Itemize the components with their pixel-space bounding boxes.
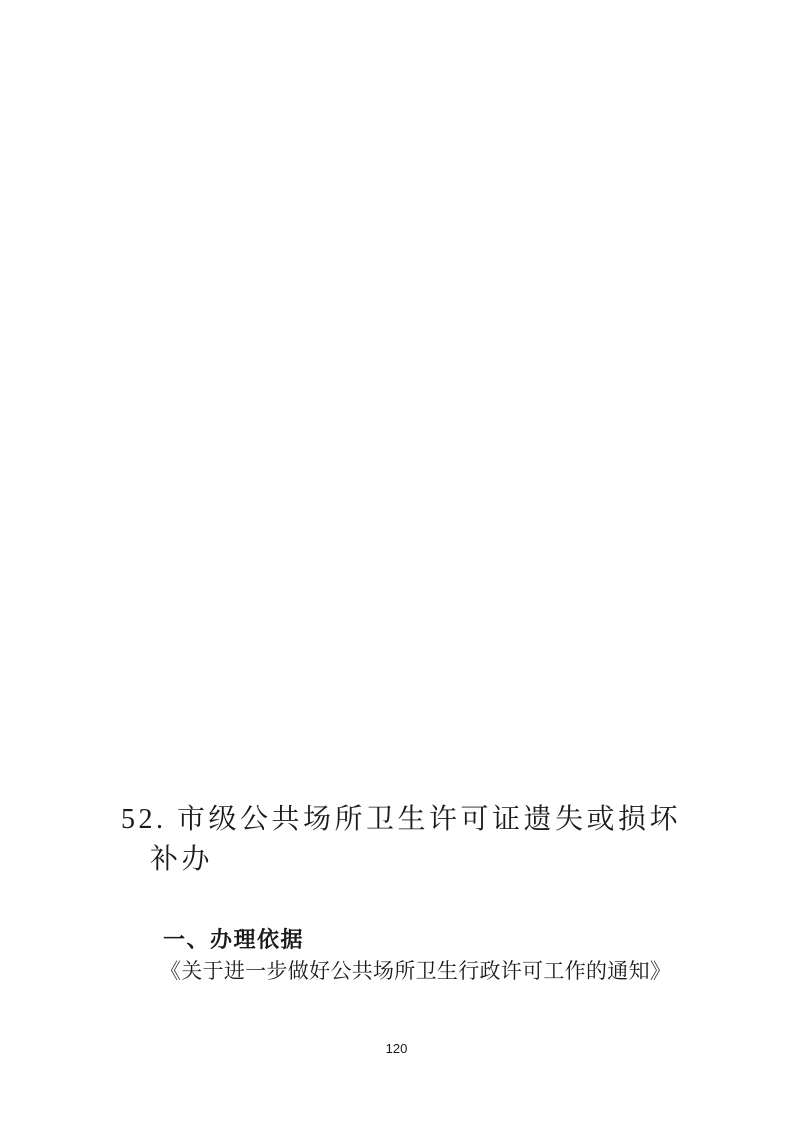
document-page: 52. 市级公共场所卫生许可证遗失或损坏 补办 一、办理依据 《关于进一步做好公… bbox=[0, 0, 793, 1122]
reference-document-text: 《关于进一步做好公共场所卫生行政许可工作的通知》 bbox=[160, 961, 671, 982]
chapter-heading-line-1: 52. 市级公共场所卫生许可证遗失或损坏 bbox=[121, 806, 681, 834]
page-number: 120 bbox=[0, 1041, 793, 1056]
section-title-basis: 一、办理依据 bbox=[163, 929, 304, 951]
chapter-heading-line-2: 补办 bbox=[150, 846, 213, 874]
